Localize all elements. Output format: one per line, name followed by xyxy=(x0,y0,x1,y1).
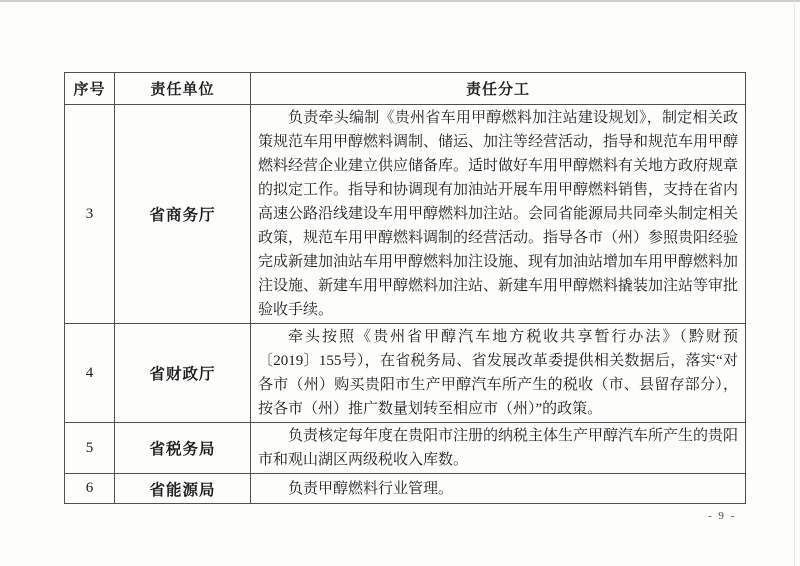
scanned-document-page: 序号 责任单位 责任分工 3 省商务厅 负责牵头编制《贵州省车用甲醇燃料加注站建… xyxy=(0,0,800,566)
scan-border-gap-artifact xyxy=(729,490,738,493)
row-duty-text: 负责牵头编制《贵州省车用甲醇燃料加注站建设规划》，制定相关政策规范车用甲醇燃料调… xyxy=(258,106,738,322)
row-serial-number: 4 xyxy=(65,324,115,423)
column-header-duty-division: 责任分工 xyxy=(251,73,746,105)
row-duty-cell: 负责甲醇燃料行业管理。 xyxy=(251,474,746,504)
row-duty-text: 负责核定每年度在贵阳市注册的纳税主体生产甲醇汽车所产生的贵阳市和观山湖区两级税收… xyxy=(258,424,738,472)
table-header-row: 序号 责任单位 责任分工 xyxy=(65,73,746,105)
row-responsible-unit: 省商务厅 xyxy=(115,105,251,324)
row-duty-cell: 牵头按照《贵州省甲醇汽车地方税收共享暂行办法》（黔财预〔2019〕155号），在… xyxy=(251,324,746,423)
table-row: 3 省商务厅 负责牵头编制《贵州省车用甲醇燃料加注站建设规划》，制定相关政策规范… xyxy=(65,105,746,324)
row-duty-text: 牵头按照《贵州省甲醇汽车地方税收共享暂行办法》（黔财预〔2019〕155号），在… xyxy=(258,325,738,421)
row-duty-text: 负责甲醇燃料行业管理。 xyxy=(258,477,738,501)
table-row: 4 省财政厅 牵头按照《贵州省甲醇汽车地方税收共享暂行办法》（黔财预〔2019〕… xyxy=(65,324,746,423)
responsibility-table: 序号 责任单位 责任分工 3 省商务厅 负责牵头编制《贵州省车用甲醇燃料加注站建… xyxy=(64,72,746,504)
column-header-serial-number: 序号 xyxy=(65,73,115,105)
row-serial-number: 5 xyxy=(65,423,115,474)
scan-edge-top-artifact xyxy=(0,0,800,2)
row-serial-number: 6 xyxy=(65,474,115,504)
row-responsible-unit: 省税务局 xyxy=(115,423,251,474)
row-responsible-unit: 省财政厅 xyxy=(115,324,251,423)
row-responsible-unit: 省能源局 xyxy=(115,474,251,504)
row-serial-number: 3 xyxy=(65,105,115,324)
table-row: 6 省能源局 负责甲醇燃料行业管理。 xyxy=(65,474,746,504)
column-header-responsible-unit: 责任单位 xyxy=(115,73,251,105)
scan-border-gap-artifact xyxy=(705,490,714,493)
table-row: 5 省税务局 负责核定每年度在贵阳市注册的纳税主体生产甲醇汽车所产生的贵阳市和观… xyxy=(65,423,746,474)
page-number: - 9 - xyxy=(708,510,736,522)
row-duty-cell: 负责核定每年度在贵阳市注册的纳税主体生产甲醇汽车所产生的贵阳市和观山湖区两级税收… xyxy=(251,423,746,474)
row-duty-cell: 负责牵头编制《贵州省车用甲醇燃料加注站建设规划》，制定相关政策规范车用甲醇燃料调… xyxy=(251,105,746,324)
scan-edge-right-artifact xyxy=(794,0,795,566)
